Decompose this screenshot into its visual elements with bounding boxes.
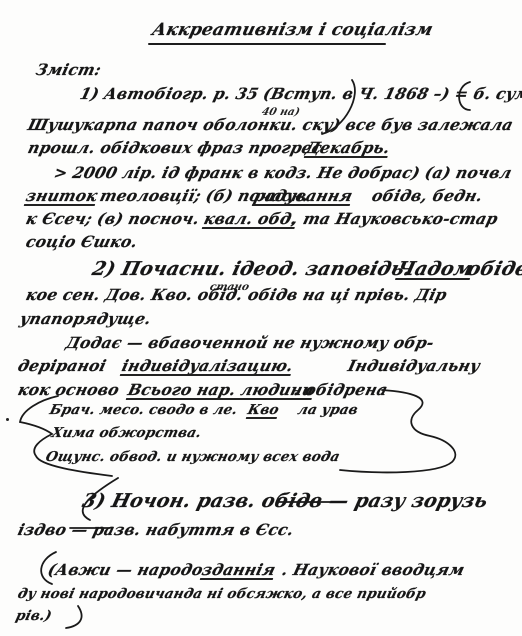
text-line-2: Шушукарпа папоч оболонки. ску) все був з… xyxy=(26,115,515,134)
text-line-15: іздво — разв. набуття в Єсс. xyxy=(16,520,296,539)
text-line-3: прошл. обідкових фраз прогрес xyxy=(26,138,324,157)
margin-dot xyxy=(6,418,9,421)
text-line-1: 1) Автобіогр. р. 35 (Вступ. в Ч. 1868 –)… xyxy=(78,84,522,103)
bracket-line-1: Брач. месо. сводо в ле. xyxy=(48,402,239,418)
text-line-10: упапорядуще. xyxy=(18,309,153,328)
text-line-18: рів.) xyxy=(14,608,54,624)
heading-contents: Зміст: xyxy=(34,60,103,79)
text-line-6-end: , та Науковсько-стар xyxy=(290,209,500,228)
text-line-16-end: . Наукової вводцям xyxy=(280,560,467,579)
text-line-5-underlined-a: зниток xyxy=(24,186,100,205)
text-line-17: ду нові народовичанда ні обсяжко, а все … xyxy=(16,586,428,602)
text-line-11: Додає — вбавоченной не нужному обр- xyxy=(64,333,436,352)
text-line-7: соціо Єшко. xyxy=(24,232,140,251)
text-line-12-underlined: індивідуалізацию. xyxy=(120,356,295,375)
text-line-12: деріраноі xyxy=(16,356,108,375)
text-line-13-underlined: Всього нар. людини xyxy=(126,380,316,399)
text-line-5-end: обідв, бедн. xyxy=(370,186,485,205)
text-line-6: к Єсеч; (в) посноч. xyxy=(24,209,202,228)
text-line-13-end: . обідрена xyxy=(292,380,390,399)
text-line-4: > 2000 лір. ід франк в кодз. Не добрас) … xyxy=(52,163,514,182)
text-line-8-end: обідв xyxy=(465,258,522,280)
text-line-14: 3) Ночон. разв. обідв — разу зорузь xyxy=(80,490,490,512)
title-underline xyxy=(148,43,386,45)
text-line-16-underlined: зданнія xyxy=(200,560,278,579)
text-line-13: кок осново xyxy=(16,380,121,399)
text-line-12-end: Індивідуальну xyxy=(346,356,482,375)
text-line-5-underlined-b: радування xyxy=(252,186,355,205)
text-line-6-underlined: квал. обд. xyxy=(202,209,299,228)
manuscript-page: Аккреативнізм і соціалізм Зміст: 1) Авто… xyxy=(0,0,522,636)
bracket-line-1-end: ла урав xyxy=(296,402,360,418)
bracket-line-1-underlined: Кво xyxy=(246,402,281,418)
text-line-16: (Авжи — народо xyxy=(46,560,205,579)
text-line-3-underlined: Декабрь. xyxy=(304,138,392,157)
text-line-8-underlined: Чадом xyxy=(395,258,475,280)
bracket-line-3: Ощунс. обвод. и нужному всех вода xyxy=(44,449,342,465)
page-title: Аккреативнізм і соціалізм xyxy=(150,20,435,40)
text-line-9: кое сен. Дов. Кво. обід. обідв на ці прі… xyxy=(24,285,449,304)
text-line-8: 2) Почасни. ідеод. заповідь. xyxy=(90,258,414,280)
bracket-line-2: Хима обжорства. xyxy=(50,425,203,441)
